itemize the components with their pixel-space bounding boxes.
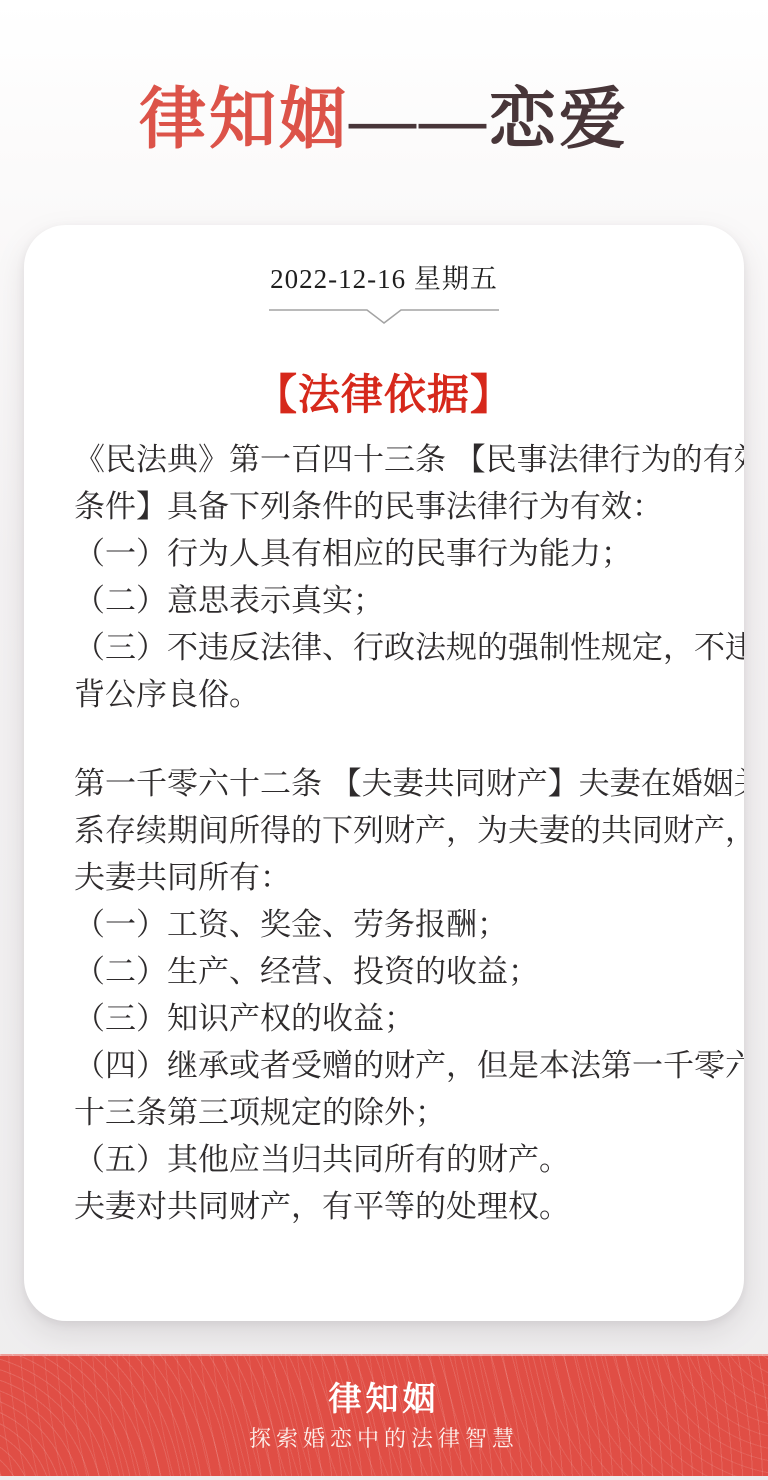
text-line: 背公序良俗。 bbox=[74, 671, 694, 718]
text-line: 系存续期间所得的下列财产，为夫妻的共同财产，归 bbox=[74, 807, 694, 854]
legal-article-2: 第一千零六十二条 【夫妻共同财产】夫妻在婚姻关 系存续期间所得的下列财产，为夫妻… bbox=[74, 760, 694, 1230]
content-card: 2022-12-16 星期五 【法律依据】 《民法典》第一百四十三条 【民事法律… bbox=[24, 225, 744, 1321]
section-heading: 【法律依据】 bbox=[24, 370, 744, 422]
text-line: 夫妻共同所有： bbox=[74, 854, 694, 901]
footer-brand: 律知姻 bbox=[0, 1380, 768, 1420]
page-title: 律知姻——恋爱 bbox=[0, 82, 768, 159]
text-line: 条件】具备下列条件的民事法律行为有效： bbox=[74, 483, 694, 530]
text-line: 《民法典》第一百四十三条 【民事法律行为的有效 bbox=[74, 436, 694, 483]
legal-article-1: 《民法典》第一百四十三条 【民事法律行为的有效 条件】具备下列条件的民事法律行为… bbox=[74, 436, 694, 718]
text-line: （三）不违反法律、行政法规的强制性规定，不违 bbox=[74, 624, 694, 671]
title-topic: ——恋爱 bbox=[349, 83, 629, 157]
text-line: 第一千零六十二条 【夫妻共同财产】夫妻在婚姻关 bbox=[74, 760, 694, 807]
text-line: （二）意思表示真实； bbox=[74, 577, 694, 624]
text-line: 夫妻对共同财产，有平等的处理权。 bbox=[74, 1183, 694, 1230]
text-line: 十三条第三项规定的除外； bbox=[74, 1089, 694, 1136]
text-line: （四）继承或者受赠的财产，但是本法第一千零六 bbox=[74, 1042, 694, 1089]
footer-slogan: 探索婚恋中的法律智慧 bbox=[0, 1425, 768, 1453]
text-line: （五）其他应当归共同所有的财产。 bbox=[74, 1136, 694, 1183]
date-divider-ornament bbox=[268, 308, 500, 326]
post-date: 2022-12-16 星期五 bbox=[24, 262, 744, 296]
brand-name: 律知姻 bbox=[139, 83, 349, 157]
site-footer: 律知姻 探索婚恋中的法律智慧 bbox=[0, 1354, 768, 1476]
text-line: （一）工资、奖金、劳务报酬； bbox=[74, 901, 694, 948]
text-line: （二）生产、经营、投资的收益； bbox=[74, 948, 694, 995]
text-line: （三）知识产权的收益； bbox=[74, 995, 694, 1042]
text-line: （一）行为人具有相应的民事行为能力； bbox=[74, 530, 694, 577]
